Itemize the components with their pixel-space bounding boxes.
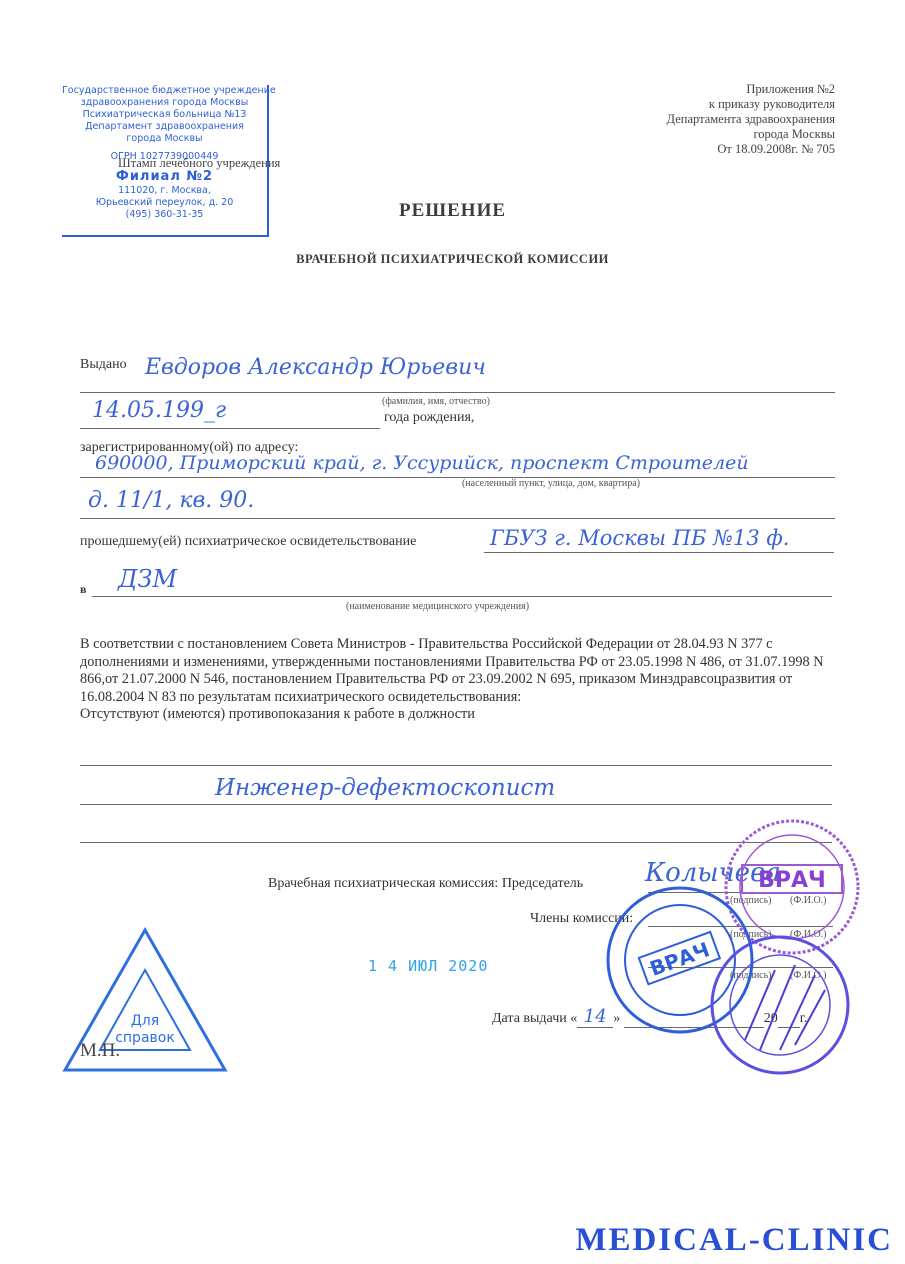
birth-date-value: 14.05.199_г: [92, 398, 226, 423]
appendix-line: к приказу руководителя: [667, 97, 835, 112]
round-stamp-violet: [705, 930, 855, 1080]
address-caption: (населенный пункт, улица, дом, квартира): [462, 478, 640, 489]
stamp-line: Государственное бюджетное учреждение: [62, 85, 267, 97]
stamp-line: здравоохранения города Москвы: [62, 97, 267, 109]
position-line-1: [80, 765, 832, 766]
exam-label: прошедшему(ей) психиатрическое освидетел…: [80, 534, 416, 550]
in-label: в: [80, 582, 86, 597]
issued-label: Выдано: [80, 357, 127, 373]
legal-paragraph: В соответствии с постановлением Совета М…: [80, 636, 840, 724]
stamp-line: 111020, г. Москва,: [62, 185, 267, 197]
birth-label: года рождения,: [384, 410, 474, 426]
svg-text:ВРАЧ: ВРАЧ: [758, 868, 826, 893]
triangle-stamp-text: справок: [115, 1030, 175, 1046]
page-subtitle: ВРАЧЕБНОЙ ПСИХИАТРИЧЕСКОЙ КОМИССИИ: [0, 252, 905, 267]
position-line-2: [80, 804, 832, 805]
triangle-stamp-text: Для: [131, 1013, 159, 1029]
fio-caption: (фамилия, имя, отчество): [382, 396, 490, 407]
appendix-line: Приложения №2: [667, 82, 835, 97]
legal-text: В соответствии с постановлением Совета М…: [80, 636, 824, 705]
stamp-line: Психиатрическая больница №13: [62, 109, 267, 121]
birth-line: [80, 428, 380, 429]
appendix-line: города Москвы: [667, 127, 835, 142]
date-stamp: 1 4 ИЮЛ 2020: [368, 957, 488, 975]
exam-line: [484, 552, 834, 553]
appendix-reference: Приложения №2 к приказу руководителя Деп…: [667, 82, 835, 157]
footer-brand: MEDICAL-CLINIC: [575, 1222, 893, 1259]
chair-label: Врачебная психиатрическая комиссия: Пред…: [268, 876, 583, 892]
exam-institution-value: ГБУЗ г. Москвы ПБ №13 ф.: [490, 526, 790, 550]
issued-line: [80, 392, 835, 393]
appendix-line: Департамента здравоохранения: [667, 112, 835, 127]
stamp-line: Филиал №2: [62, 171, 267, 183]
issued-name-value: Евдоров Александр Юрьевич: [145, 355, 486, 380]
stamp-line: города Москвы: [62, 133, 267, 145]
stamp-caption: Штамп лечебного учреждения: [118, 156, 280, 171]
address-line-1: [80, 477, 835, 478]
page-title: РЕШЕНИЕ: [0, 200, 905, 222]
appendix-line: От 18.09.2008г. № 705: [667, 142, 835, 157]
institution-line: [92, 596, 832, 597]
mp-label: М.П.: [80, 1040, 120, 1062]
address-line-2: [80, 518, 835, 519]
address-value-line2: д. 11/1, кв. 90.: [88, 488, 254, 513]
position-value: Инженер-дефектоскопист: [215, 775, 555, 801]
contraindications-label: Отсутствуют (имеются) противопоказания к…: [80, 706, 475, 722]
stamp-line: Департамент здравоохранения: [62, 121, 267, 133]
address-value-line1: 690000, Приморский край, г. Уссурийск, п…: [95, 452, 749, 474]
in-value: ДЗМ: [118, 565, 177, 593]
institution-caption: (наименование медицинского учреждения): [346, 601, 529, 612]
issue-date-label: Дата выдачи «: [492, 1011, 577, 1026]
